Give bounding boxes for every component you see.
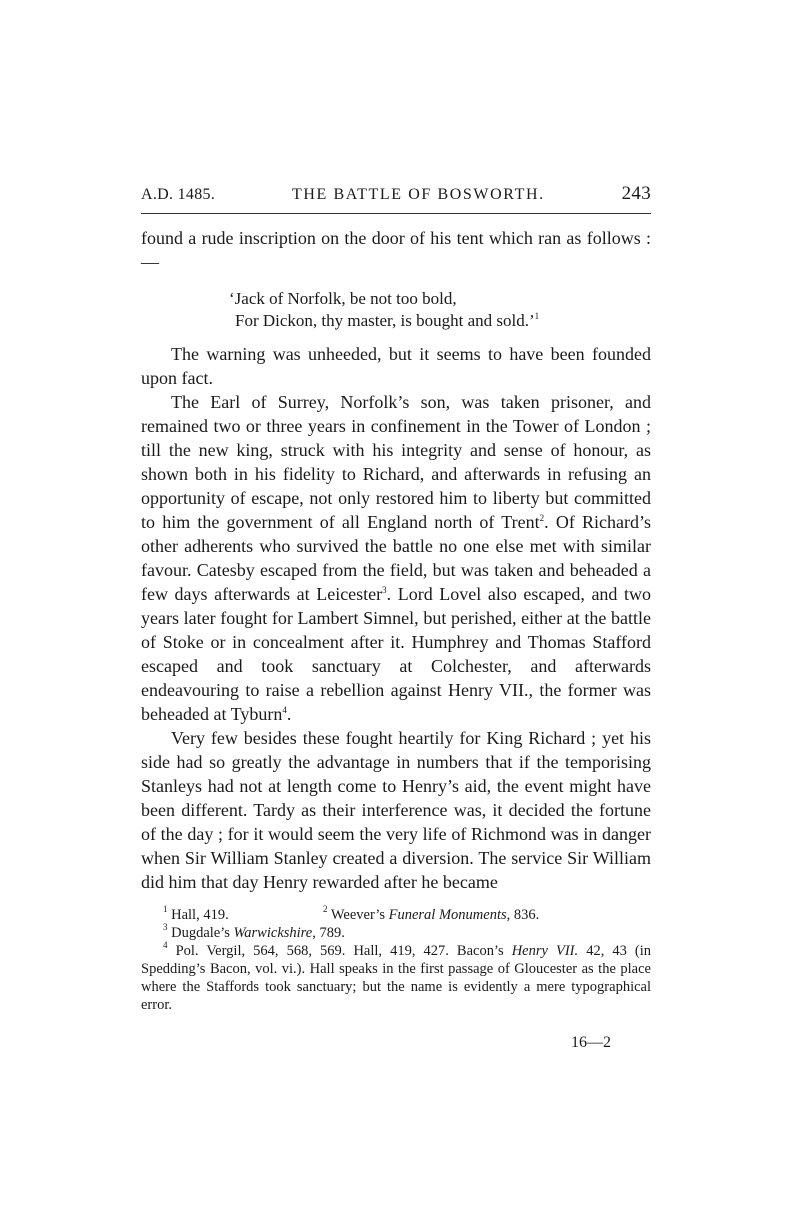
running-head: A.D. 1485. THE BATTLE OF BOSWORTH. 243	[141, 183, 651, 205]
header-date: A.D. 1485.	[141, 186, 215, 204]
verse-quote: ‘Jack of Norfolk, be not too bold, For D…	[229, 288, 651, 332]
verse-line-2: For Dickon, thy master, is bought and so…	[229, 310, 651, 332]
header-rule	[141, 213, 651, 214]
paragraph-2: The warning was unheeded, but it seems t…	[141, 342, 651, 390]
footnote-4: 4 Pol. Vergil, 564, 568, 569. Hall, 419,…	[141, 942, 651, 1014]
body-text: found a rude inscription on the door of …	[141, 226, 651, 894]
footnote-1: 1 Hall, 419.	[163, 906, 323, 924]
book-page: A.D. 1485. THE BATTLE OF BOSWORTH. 243 f…	[141, 183, 651, 1052]
paragraph-4: Very few besides these fought heartily f…	[141, 726, 651, 894]
footnote-3: 3 Dugdale’s Warwickshire, 789.	[141, 924, 651, 942]
paragraph-3: The Earl of Surrey, Norfolk’s son, was t…	[141, 390, 651, 726]
page-number: 243	[622, 183, 651, 205]
chapter-title: THE BATTLE OF BOSWORTH.	[292, 186, 545, 204]
footnote-2: 2 Weever’s Funeral Monuments, 836.	[323, 906, 539, 924]
paragraph-1: found a rude inscription on the door of …	[141, 226, 651, 274]
footnotes: 1 Hall, 419. 2 Weever’s Funeral Monument…	[141, 906, 651, 1014]
verse-line-1: ‘Jack of Norfolk, be not too bold,	[229, 288, 651, 310]
signature-mark: 16—2	[141, 1034, 651, 1052]
footnote-ref: 1	[535, 311, 540, 321]
